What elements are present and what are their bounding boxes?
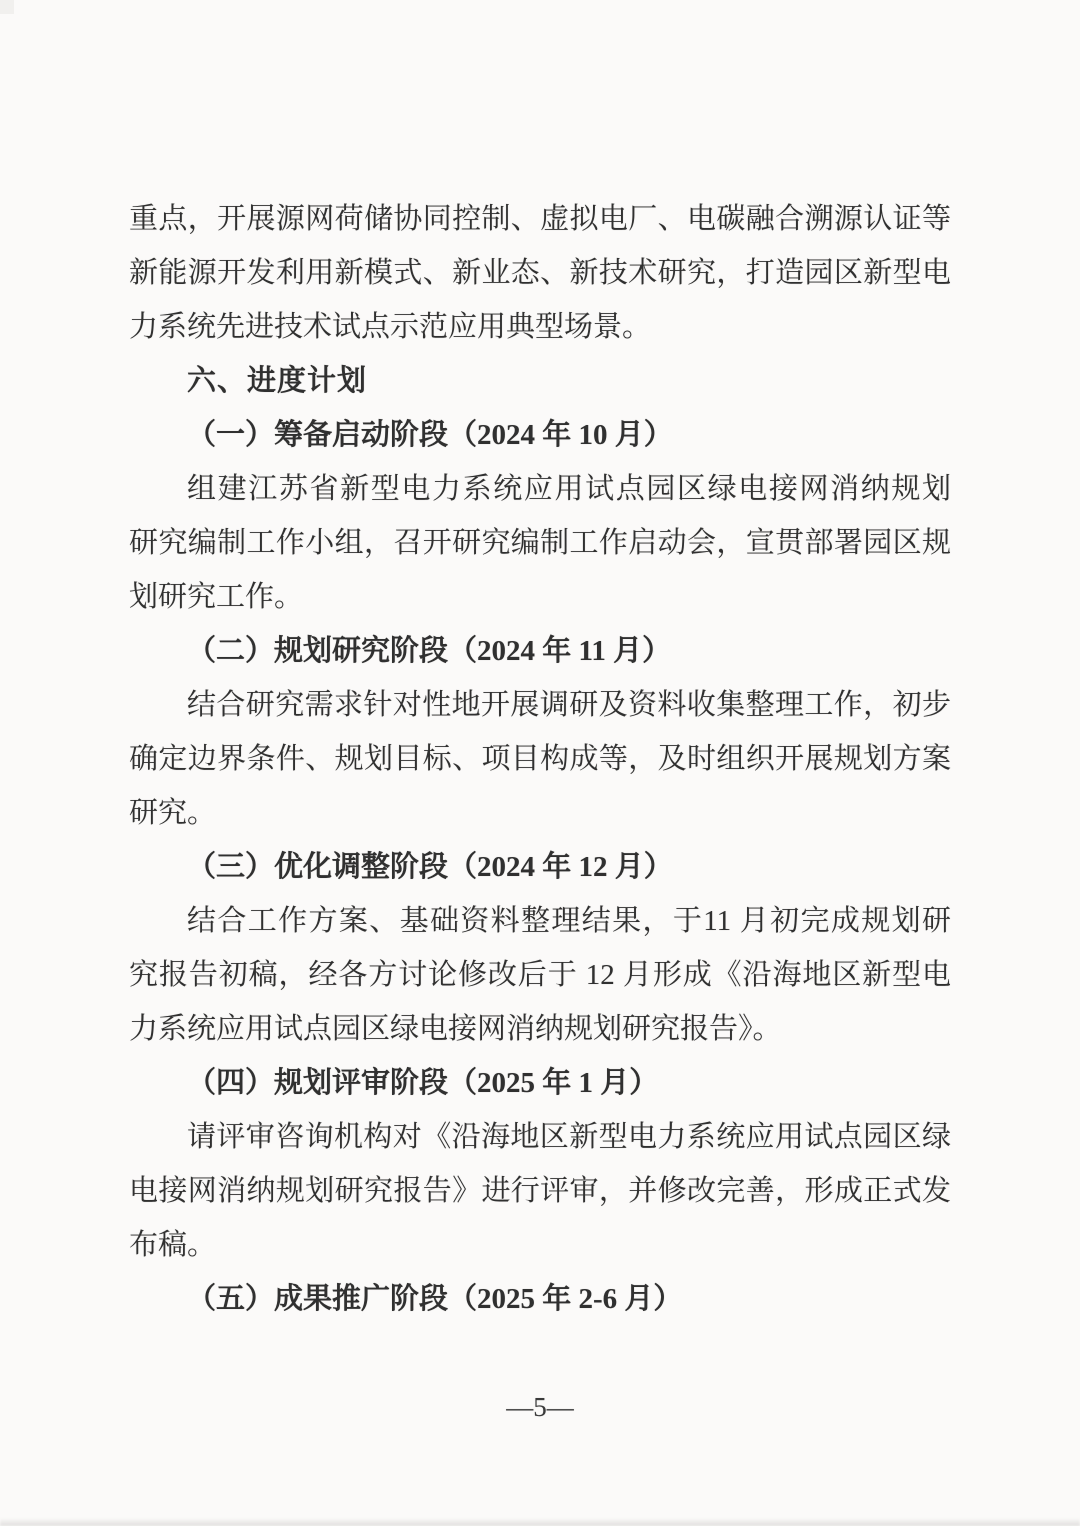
body-paragraph: 重点，开展源网荷储协同控制、虚拟电厂、电碳融合溯源认证等 新能源开发利用新模式、… [129, 192, 951, 354]
stage-heading-text: （三）优化调整阶段（2024 年 12 月） [129, 840, 951, 894]
body-paragraph: 结合研究需求针对性地开展调研及资料收集整理工作，初步 确定边界条件、规划目标、项… [129, 678, 951, 840]
document-body: 重点，开展源网荷储协同控制、虚拟电厂、电碳融合溯源认证等 新能源开发利用新模式、… [129, 192, 951, 1326]
stage-heading: （四）规划评审阶段（2025 年 1 月） [129, 1056, 951, 1110]
body-paragraph: 组建江苏省新型电力系统应用试点园区绿电接网消纳规划 研究编制工作小组，召开研究编… [129, 462, 951, 624]
page-number: —5— [0, 1382, 1080, 1432]
stage-heading: （三）优化调整阶段（2024 年 12 月） [129, 840, 951, 894]
text-line: 究报告初稿，经各方讨论修改后于 12 月形成《沿海地区新型电 [129, 948, 951, 1002]
section-heading-text: 六、进度计划 [129, 354, 951, 408]
text-line: 请评审咨询机构对《沿海地区新型电力系统应用试点园区绿 [129, 1110, 951, 1164]
section-heading: 六、进度计划 [129, 354, 951, 408]
stage-heading-text: （四）规划评审阶段（2025 年 1 月） [129, 1056, 951, 1110]
stage-heading-text: （二）规划研究阶段（2024 年 11 月） [129, 624, 951, 678]
stage-heading-text: （一）筹备启动阶段（2024 年 10 月） [129, 408, 951, 462]
text-line: 结合工作方案、基础资料整理结果，于11 月初完成规划研 [129, 894, 951, 948]
scanned-document-page: 重点，开展源网荷储协同控制、虚拟电厂、电碳融合溯源认证等 新能源开发利用新模式、… [0, 0, 1080, 1526]
text-line: 力系统先进技术试点示范应用典型场景。 [129, 300, 951, 354]
stage-heading: （五）成果推广阶段（2025 年 2-6 月） [129, 1272, 951, 1326]
text-line: 新能源开发利用新模式、新业态、新技术研究，打造园区新型电 [129, 246, 951, 300]
text-line: 划研究工作。 [129, 570, 951, 624]
stage-heading: （二）规划研究阶段（2024 年 11 月） [129, 624, 951, 678]
text-line: 研究编制工作小组，召开研究编制工作启动会，宣贯部署园区规 [129, 516, 951, 570]
text-line: 研究。 [129, 786, 951, 840]
stage-heading-text: （五）成果推广阶段（2025 年 2-6 月） [129, 1272, 951, 1326]
scan-corner-artifact [0, 0, 14, 14]
body-paragraph: 请评审咨询机构对《沿海地区新型电力系统应用试点园区绿 电接网消纳规划研究报告》进… [129, 1110, 951, 1272]
stage-heading: （一）筹备启动阶段（2024 年 10 月） [129, 408, 951, 462]
text-line: 组建江苏省新型电力系统应用试点园区绿电接网消纳规划 [129, 462, 951, 516]
text-line: 确定边界条件、规划目标、项目构成等，及时组织开展规划方案 [129, 732, 951, 786]
text-line: 布稿。 [129, 1218, 951, 1272]
text-line: 重点，开展源网荷储协同控制、虚拟电厂、电碳融合溯源认证等 [129, 192, 951, 246]
text-line: 力系统应用试点园区绿电接网消纳规划研究报告》。 [129, 1002, 951, 1056]
text-line: 结合研究需求针对性地开展调研及资料收集整理工作，初步 [129, 678, 951, 732]
body-paragraph: 结合工作方案、基础资料整理结果，于11 月初完成规划研 究报告初稿，经各方讨论修… [129, 894, 951, 1056]
text-line: 电接网消纳规划研究报告》进行评审，并修改完善，形成正式发 [129, 1164, 951, 1218]
scan-bottom-shadow [0, 1518, 1080, 1526]
